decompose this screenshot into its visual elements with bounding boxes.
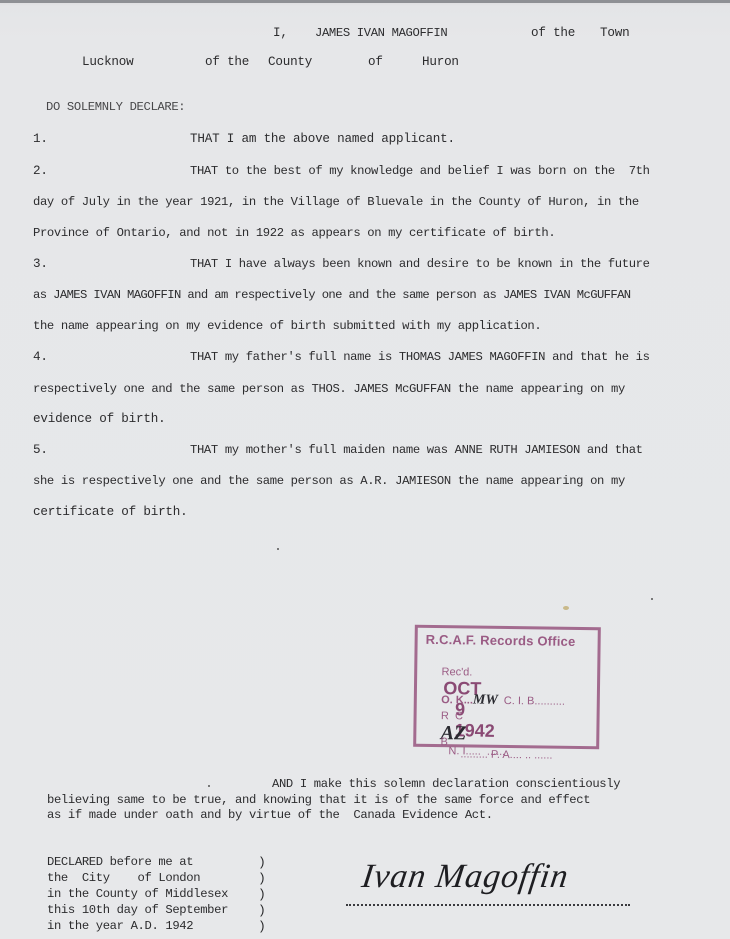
declare-heading: DO SOLEMNLY DECLARE:: [46, 100, 185, 114]
header-of: of: [368, 55, 383, 69]
closing-line-1: AND I make this solemn declaration consc…: [272, 777, 620, 791]
clause-1-line-1: THAT I am the above named applicant.: [190, 132, 455, 146]
stamp-recd-label: Rec'd.: [441, 666, 472, 678]
jurat-brace: ): [258, 903, 266, 918]
clause-4-line-3: evidence of birth.: [33, 412, 165, 426]
clause-number-5: 5.: [33, 443, 48, 457]
clause-number-3: 3.: [33, 257, 48, 271]
place-type: Town: [600, 26, 629, 40]
header-of-the: of the: [531, 26, 575, 40]
declarant-name: JAMES IVAN MAGOFFIN: [315, 26, 447, 40]
closing-line-2: believing same to be true, and knowing t…: [47, 793, 590, 807]
stamp-pa-label: ......... P. A.... .. ......: [460, 748, 552, 761]
clause-2-line-3: Province of Ontario, and not in 1922 as …: [33, 226, 555, 240]
clause-5-line-1: THAT my mother's full maiden name was AN…: [190, 443, 643, 457]
jurat-brace: ): [258, 887, 266, 902]
paper-stain: [563, 606, 569, 610]
clause-5-line-2: she is respectively one and the same per…: [33, 474, 625, 488]
page-top-edge: [0, 0, 730, 3]
stamp-b-row: B ......... P. A.... .. ......: [422, 724, 553, 774]
stamp-b-label: B: [440, 736, 448, 748]
clause-4-line-1: THAT my father's full name is THOMAS JAM…: [190, 350, 650, 364]
jurat-line-3: in the County of Middlesex: [47, 887, 228, 901]
jurat-line-2: the City of London: [47, 871, 200, 885]
clause-number-1: 1.: [33, 132, 48, 146]
clause-3-line-3: the name appearing on my evidence of bir…: [33, 319, 541, 333]
clause-2-line-1: THAT to the best of my knowledge and bel…: [190, 164, 650, 178]
town-name: Lucknow: [82, 55, 134, 69]
jurat-line-4: this 10th day of September: [47, 903, 228, 917]
clause-number-4: 4.: [33, 350, 48, 364]
stamp-r-label: R C: [441, 710, 463, 722]
jurat-brace: ): [258, 855, 266, 870]
clause-3-line-1: THAT I have always been known and desire…: [190, 257, 650, 271]
clause-2-line-2: day of July in the year 1921, in the Vil…: [33, 195, 639, 209]
jurat-line-1: DECLARED before me at: [47, 855, 193, 869]
header-of-the-2: of the: [205, 55, 249, 69]
stamp-title: R.C.A.F. Records Office: [426, 632, 576, 649]
jurat-line-5: in the year A.D. 1942: [47, 919, 193, 933]
handwritten-signature: Ivan Magoffin: [359, 858, 571, 896]
clause-4-line-2: respectively one and the same person as …: [33, 382, 625, 396]
clause-5-line-3: certificate of birth.: [33, 505, 188, 519]
county-name: Huron: [422, 55, 459, 69]
clause-3-line-2: as JAMES IVAN MAGOFFIN and am respective…: [33, 288, 631, 302]
jurat-brace: ): [258, 919, 266, 934]
header-pronoun: I,: [273, 26, 288, 40]
stamp-cib-label: C. I. B..........: [504, 695, 565, 708]
signature-dotted-line: [346, 904, 630, 906]
closing-line-3: as if made under oath and by virtue of t…: [47, 808, 493, 822]
paper-speck: [277, 548, 279, 550]
scanned-page: I, JAMES IVAN MAGOFFIN of the Town Luckn…: [0, 0, 730, 939]
paper-speck: [651, 598, 653, 600]
county-label: County: [268, 55, 312, 69]
paper-speck: [208, 785, 210, 787]
clause-number-2: 2.: [33, 164, 48, 178]
rcaf-records-office-stamp: R.C.A.F. Records Office Rec'd. OCT 9 194…: [413, 625, 601, 750]
jurat-brace: ): [258, 871, 266, 886]
